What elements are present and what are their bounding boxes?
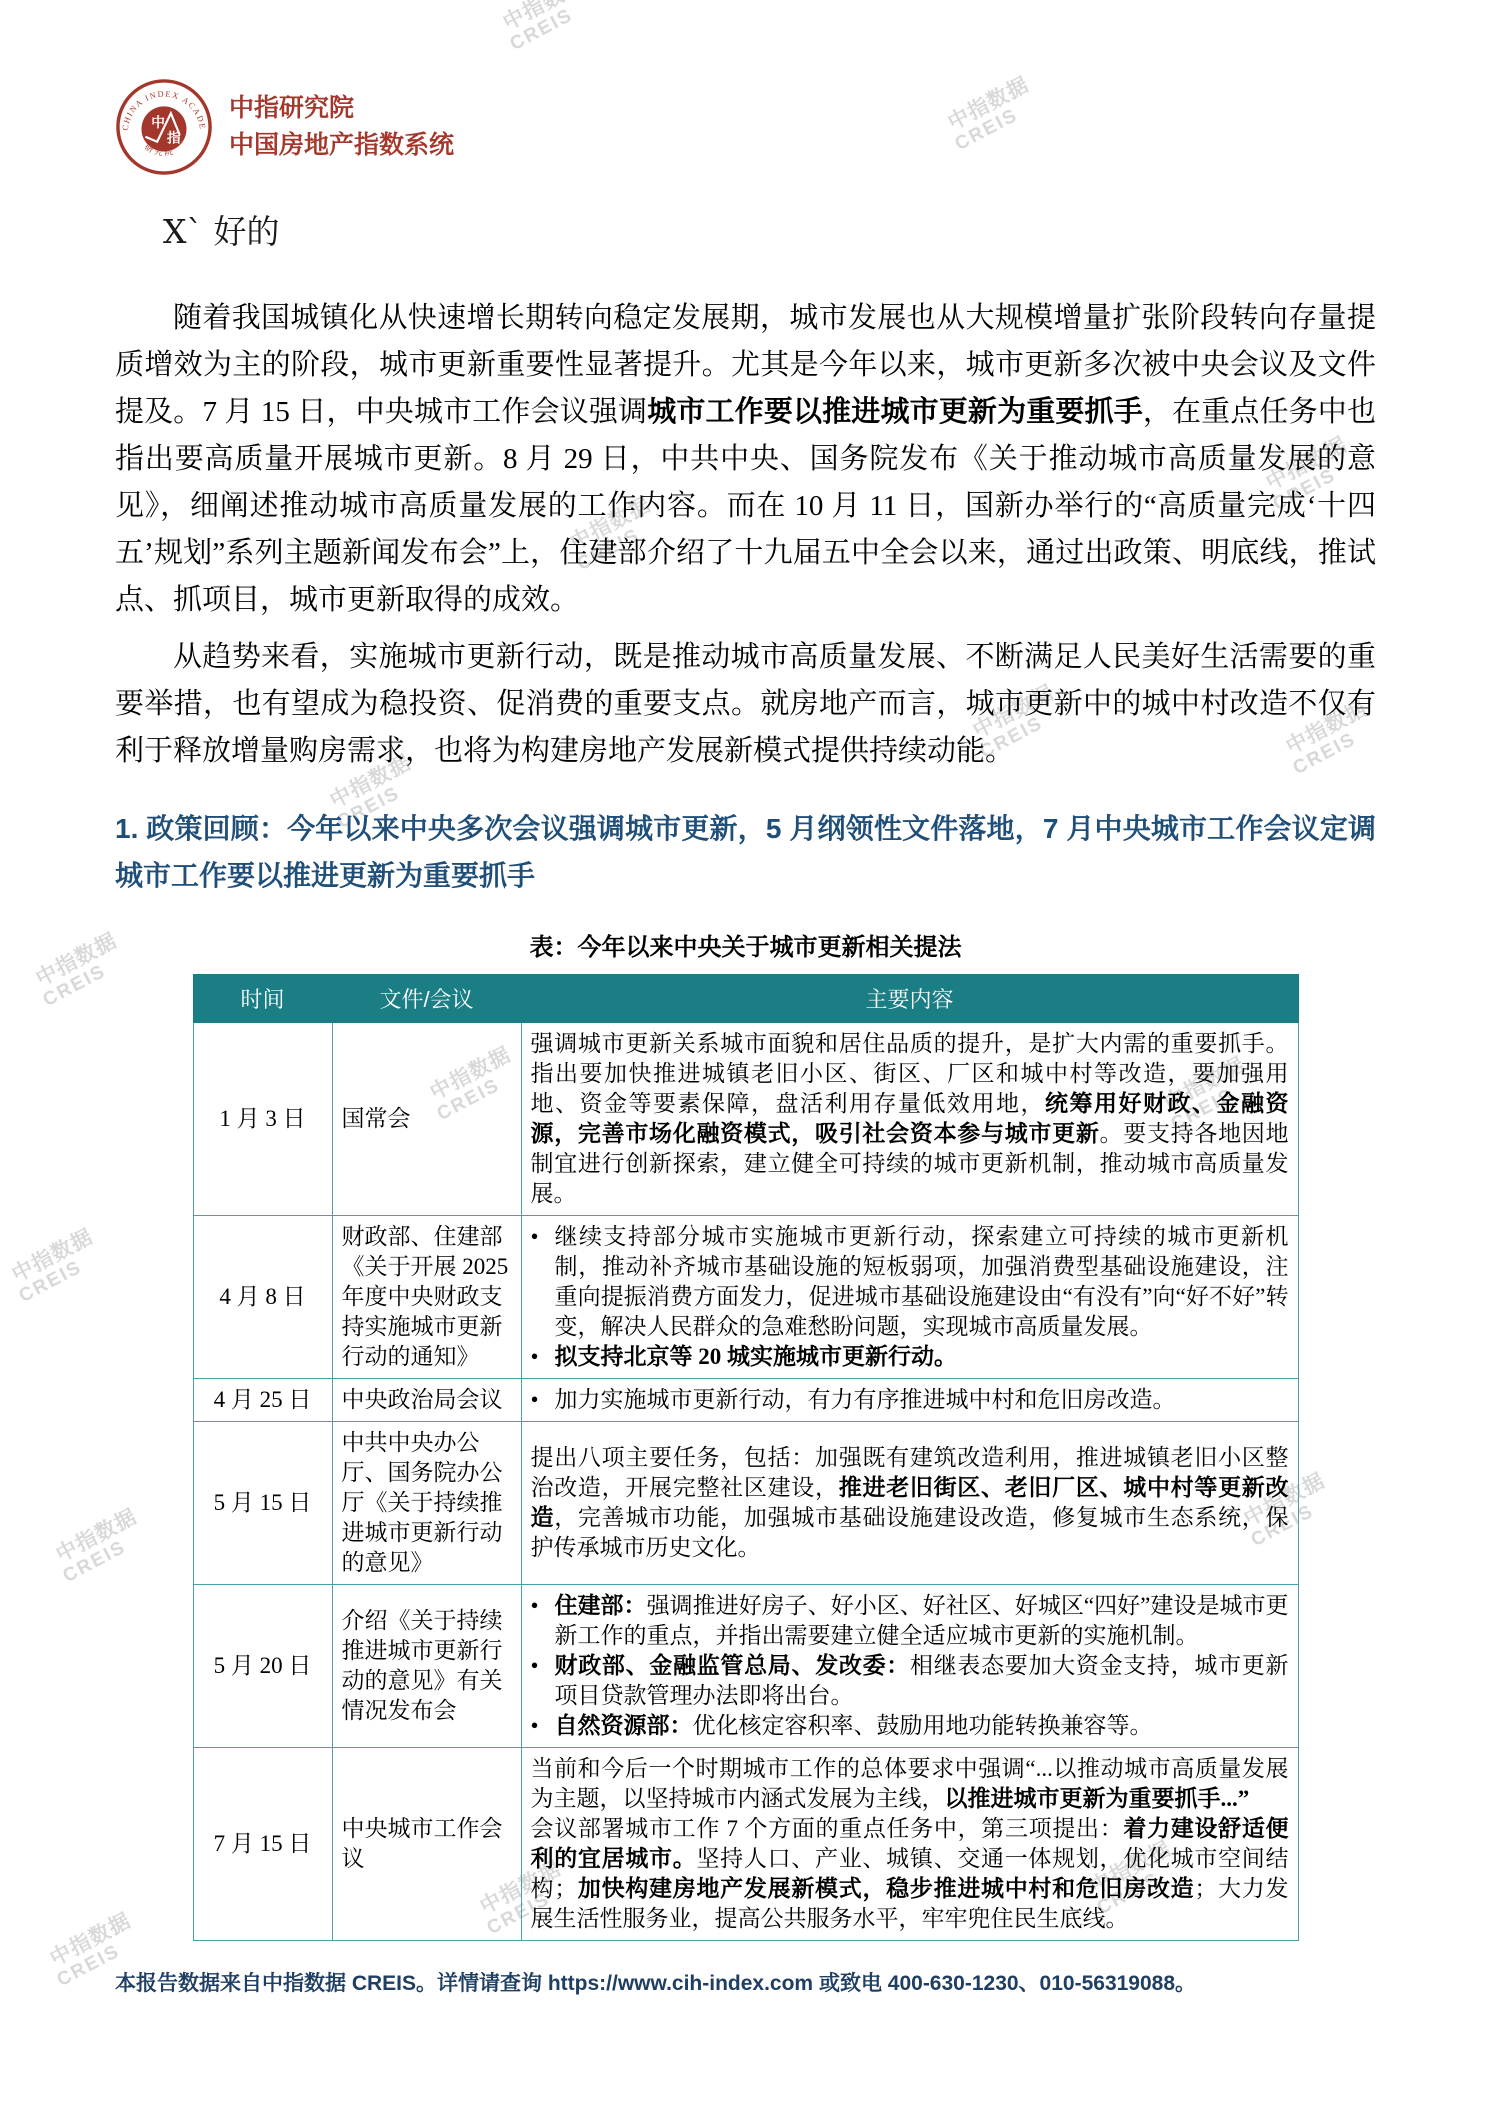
bullet-text: 加力实施城市更新行动，有力有序推进城中村和危旧房改造。	[555, 1385, 1176, 1415]
cell-main-content: •继续支持部分城市实施城市更新行动，探索建立可持续的城市更新机制，推动补齐城市基…	[521, 1216, 1298, 1379]
cell-date: 5 月 20 日	[193, 1585, 332, 1748]
content-paragraph: 当前和今后一个时期城市工作的总体要求中强调“...以推动城市高质量发展为主题，以…	[531, 1754, 1289, 1814]
footer-text-prefix: 本报告数据来自中指数据 CREIS。详情请查询	[115, 1972, 548, 1995]
bullet-text: 住建部：强调推进好房子、好小区、好社区、好城区“四好”建设是城市更新工作的重点，…	[555, 1591, 1289, 1651]
footer-note: 本报告数据来自中指数据 CREIS。详情请查询 https://www.cih-…	[115, 1967, 1376, 1997]
content-paragraph: 会议部署城市工作 7 个方面的重点任务中，第三项提出：着力建设舒适便利的宜居城市…	[531, 1814, 1289, 1934]
cell-document: 中央政治局会议	[332, 1379, 521, 1422]
intro-paragraph-1: 随着我国城镇化从快速增长期转向稳定发展期，城市发展也从大规模增量扩张阶段转向存量…	[115, 295, 1376, 624]
bullet-item: •继续支持部分城市实施城市更新行动，探索建立可持续的城市更新机制，推动补齐城市基…	[531, 1222, 1289, 1342]
bullet-item: •加力实施城市更新行动，有力有序推进城中村和危旧房改造。	[531, 1385, 1289, 1415]
cell-document: 国常会	[332, 1023, 521, 1216]
text-segment: 财政部、金融监管总局、发改委：	[555, 1653, 911, 1678]
cell-document: 财政部、住建部《关于开展 2025 年度中央财政支持实施城市更新行动的通知》	[332, 1216, 521, 1379]
table-row: 7 月 15 日中央城市工作会议当前和今后一个时期城市工作的总体要求中强调“..…	[193, 1748, 1298, 1941]
column-header-main-content: 主要内容	[521, 975, 1298, 1023]
bullet-text: 拟支持北京等 20 城实施城市更新行动。	[555, 1342, 958, 1372]
footer-link[interactable]: https://www.cih-index.com	[548, 1972, 813, 1995]
org-titles: 中指研究院 中国房地产指数系统	[229, 90, 454, 164]
bullet-dot-icon: •	[531, 1651, 555, 1711]
column-header-document: 文件/会议	[332, 975, 521, 1023]
bullet-item: •财政部、金融监管总局、发改委：相继表态要加大资金支持，城市更新项目贷款管理办法…	[531, 1651, 1289, 1711]
cell-document: 中央城市工作会议	[332, 1748, 521, 1941]
page-content: CHINA INDEX ACADEMY 中 指 研 究 院 中指研究院 中国房地…	[0, 0, 1488, 1997]
text-segment: 优化核定容积率、鼓励用地功能转换兼容等。	[693, 1713, 1153, 1738]
cell-date: 1 月 3 日	[193, 1023, 332, 1216]
policy-table-body: 1 月 3 日国常会强调城市更新关系城市面貌和居住品质的提升，是扩大内需的重要抓…	[193, 1023, 1298, 1941]
cell-document: 介绍《关于持续推进城市更新行动的意见》有关情况发布会	[332, 1585, 521, 1748]
text-segment: 自然资源部：	[555, 1713, 693, 1738]
text-segment: 住建部：	[555, 1593, 647, 1618]
org-name: 中指研究院	[229, 90, 454, 127]
logo-char-1: 中	[151, 114, 165, 130]
cell-main-content: 提出八项主要任务，包括：加强既有建筑改造利用，推进城镇老旧小区整治改造，开展完整…	[521, 1422, 1298, 1585]
content-paragraph: 提出八项主要任务，包括：加强既有建筑改造利用，推进城镇老旧小区整治改造，开展完整…	[531, 1443, 1289, 1563]
bullet-text: 继续支持部分城市实施城市更新行动，探索建立可持续的城市更新机制，推动补齐城市基础…	[555, 1222, 1289, 1342]
text-segment: 从趋势来看，实施城市更新行动，既是推动城市高质量发展、不断满足人民美好生活需要的…	[115, 641, 1376, 767]
table-row: 4 月 8 日财政部、住建部《关于开展 2025 年度中央财政支持实施城市更新行…	[193, 1216, 1298, 1379]
system-name: 中国房地产指数系统	[229, 127, 454, 164]
bullet-text: 自然资源部：优化核定容积率、鼓励用地功能转换兼容等。	[555, 1711, 1153, 1741]
handwritten-note: X` 好的	[163, 206, 1376, 253]
cell-date: 7 月 15 日	[193, 1748, 332, 1941]
bullet-dot-icon: •	[531, 1342, 555, 1372]
policy-table: 时间 文件/会议 主要内容 1 月 3 日国常会强调城市更新关系城市面貌和居住品…	[193, 974, 1299, 1941]
text-segment: ，完善城市功能，加强城市基础设施建设改造，修复城市生态系统，保护传承城市历史文化…	[531, 1505, 1289, 1560]
cell-date: 4 月 8 日	[193, 1216, 332, 1379]
cell-document: 中共中央办公厅、国务院办公厅《关于持续推进城市更新行动的意见》	[332, 1422, 521, 1585]
cell-main-content: •住建部：强调推进好房子、好小区、好社区、好城区“四好”建设是城市更新工作的重点…	[521, 1585, 1298, 1748]
cell-date: 5 月 15 日	[193, 1422, 332, 1585]
bullet-text: 财政部、金融监管总局、发改委：相继表态要加大资金支持，城市更新项目贷款管理办法即…	[555, 1651, 1289, 1711]
bullet-dot-icon: •	[531, 1222, 555, 1342]
text-segment: 继续支持部分城市实施城市更新行动，探索建立可持续的城市更新机制，推动补齐城市基础…	[555, 1224, 1289, 1339]
logo-char-2: 指	[166, 130, 181, 146]
text-segment: 城市工作要以推进城市更新为重要抓手	[647, 396, 1143, 428]
cell-main-content: •加力实施城市更新行动，有力有序推进城中村和危旧房改造。	[521, 1379, 1298, 1422]
bullet-item: •自然资源部：优化核定容积率、鼓励用地功能转换兼容等。	[531, 1711, 1289, 1741]
text-segment: 强调推进好房子、好小区、好社区、好城区“四好”建设是城市更新工作的重点，并指出需…	[555, 1593, 1289, 1648]
text-segment: 加力实施城市更新行动，有力有序推进城中村和危旧房改造。	[555, 1387, 1176, 1412]
cell-date: 4 月 25 日	[193, 1379, 332, 1422]
document-page: 中指数据CREIS中指数据CREIS中指数据CREIS中指数据CREIS中指数据…	[0, 0, 1488, 2104]
table-row: 1 月 3 日国常会强调城市更新关系城市面貌和居住品质的提升，是扩大内需的重要抓…	[193, 1023, 1298, 1216]
china-index-academy-logo-icon: CHINA INDEX ACADEMY 中 指 研 究 院	[115, 78, 213, 176]
intro-paragraph-2: 从趋势来看，实施城市更新行动，既是推动城市高质量发展、不断满足人民美好生活需要的…	[115, 634, 1376, 775]
report-header: CHINA INDEX ACADEMY 中 指 研 究 院 中指研究院 中国房地…	[115, 78, 1376, 176]
text-segment: 会议部署城市工作 7 个方面的重点任务中，第三项提出：	[531, 1816, 1124, 1841]
text-segment: 拟支持北京等 20 城实施城市更新行动。	[555, 1344, 958, 1369]
bullet-dot-icon: •	[531, 1591, 555, 1651]
column-header-time: 时间	[193, 975, 332, 1023]
section-heading: 1. 政策回顾：今年以来中央多次会议强调城市更新，5 月纲领性文件落地，7 月中…	[115, 805, 1376, 899]
table-row: 4 月 25 日中央政治局会议•加力实施城市更新行动，有力有序推进城中村和危旧房…	[193, 1379, 1298, 1422]
table-title: 表：今年以来中央关于城市更新相关提法	[115, 927, 1376, 962]
text-segment: ，在重点任务中也指出要高质量开展城市更新。8 月 29 日，中共中央、国务院发布…	[115, 396, 1376, 616]
bullet-dot-icon: •	[531, 1711, 555, 1741]
content-paragraph: 强调城市更新关系城市面貌和居住品质的提升，是扩大内需的重要抓手。指出要加快推进城…	[531, 1029, 1289, 1209]
cell-main-content: 强调城市更新关系城市面貌和居住品质的提升，是扩大内需的重要抓手。指出要加快推进城…	[521, 1023, 1298, 1216]
table-row: 5 月 20 日介绍《关于持续推进城市更新行动的意见》有关情况发布会•住建部：强…	[193, 1585, 1298, 1748]
footer-text-suffix: 或致电 400-630-1230、010-56319088。	[813, 1972, 1196, 1995]
bullet-item: •住建部：强调推进好房子、好小区、好社区、好城区“四好”建设是城市更新工作的重点…	[531, 1591, 1289, 1651]
bullet-dot-icon: •	[531, 1385, 555, 1415]
bullet-item: •拟支持北京等 20 城实施城市更新行动。	[531, 1342, 1289, 1372]
policy-table-block: 表：今年以来中央关于城市更新相关提法 时间 文件/会议 主要内容 1 月 3 日…	[115, 927, 1376, 1941]
cell-main-content: 当前和今后一个时期城市工作的总体要求中强调“...以推动城市高质量发展为主题，以…	[521, 1748, 1298, 1941]
policy-table-head: 时间 文件/会议 主要内容	[193, 975, 1298, 1023]
text-segment: 加快构建房地产发展新模式，稳步推进城中村和危旧房改造	[577, 1876, 1194, 1901]
table-row: 5 月 15 日中共中央办公厅、国务院办公厅《关于持续推进城市更新行动的意见》提…	[193, 1422, 1298, 1585]
text-segment: 以推进城市更新为重要抓手...”	[945, 1786, 1250, 1811]
